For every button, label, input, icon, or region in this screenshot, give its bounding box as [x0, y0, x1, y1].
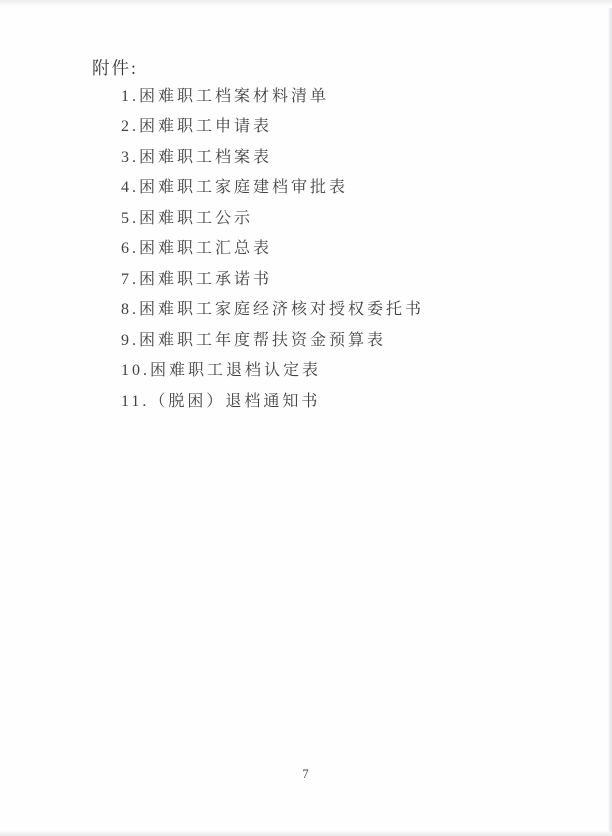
scanned-document-page: 附件: 1.困难职工档案材料清单 2.困难职工申请表 3.困难职工档案表 4.困… [0, 0, 612, 836]
attachment-list: 1.困难职工档案材料清单 2.困难职工申请表 3.困难职工档案表 4.困难职工家… [121, 79, 424, 415]
list-item-9: 9.困难职工年度帮扶资金预算表 [121, 323, 424, 354]
list-item-5: 5.困难职工公示 [121, 201, 424, 232]
list-item-7: 7.困难职工承诺书 [121, 262, 424, 293]
list-item-8: 8.困难职工家庭经济核对授权委托书 [121, 293, 424, 324]
scan-edge-right [608, 8, 612, 836]
scan-edge-top [0, 0, 612, 6]
page-number: 7 [0, 767, 612, 782]
list-item-11: 11.（脱困）退档通知书 [121, 384, 424, 415]
list-item-1: 1.困难职工档案材料清单 [121, 79, 424, 110]
list-item-2: 2.困难职工申请表 [121, 110, 424, 141]
scan-edge-bottom [0, 831, 612, 836]
list-item-4: 4.困难职工家庭建档审批表 [121, 171, 424, 202]
list-item-3: 3.困难职工档案表 [121, 140, 424, 171]
attachment-heading: 附件: [92, 55, 138, 80]
list-item-6: 6.困难职工汇总表 [121, 232, 424, 263]
list-item-10: 10.困难职工退档认定表 [121, 354, 424, 385]
